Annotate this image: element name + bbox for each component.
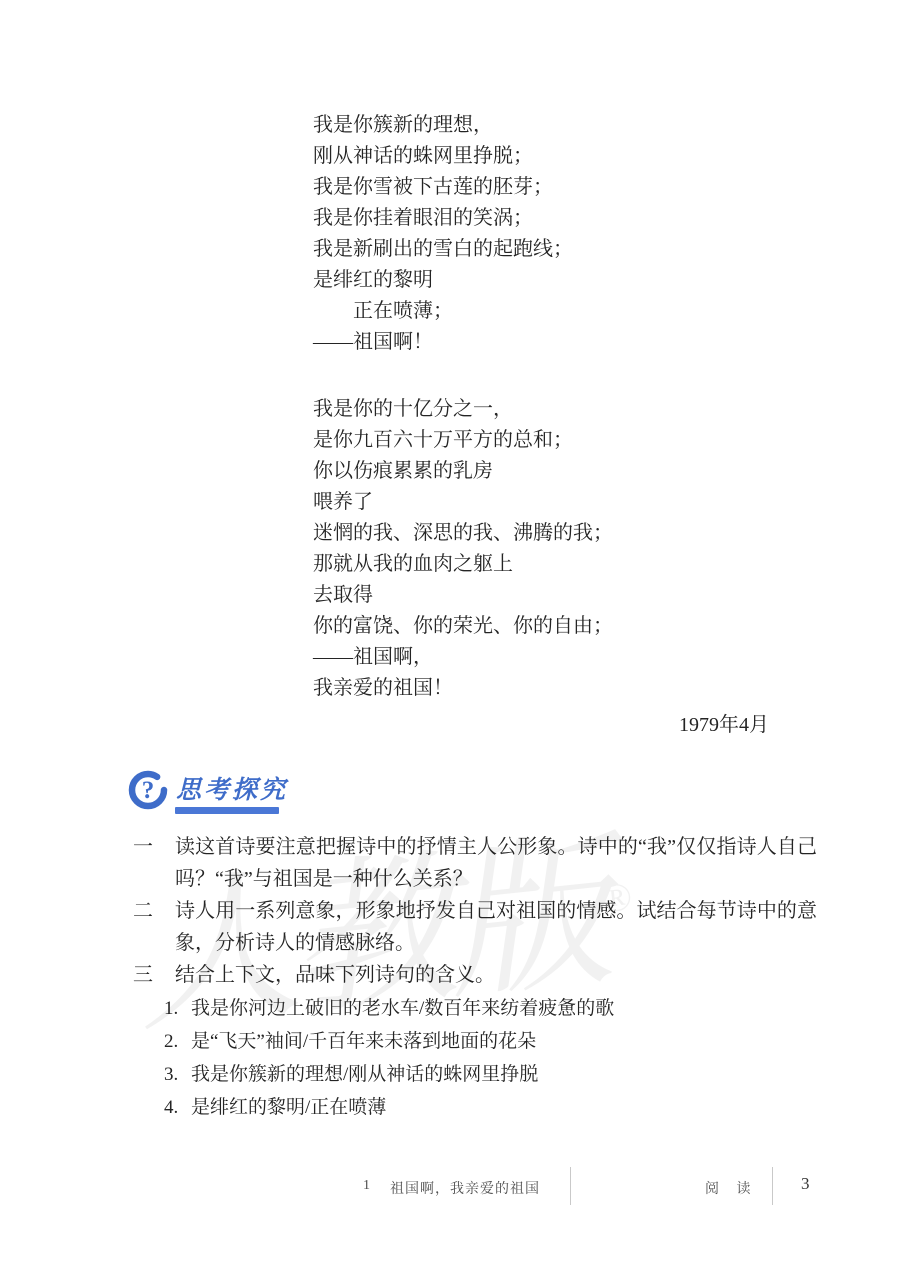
footer-page-number: 3 (801, 1174, 810, 1194)
poem-line: 我是你挂着眼泪的笑涡； (313, 203, 769, 234)
subquestion-number: 1. (164, 992, 191, 1025)
footer-lesson-title: 祖国啊，我亲爱的祖国 (390, 1178, 540, 1198)
poem: 我是你簇新的理想， 刚从神话的蛛网里挣脱； 我是你雪被下古莲的胚芽； 我是你挂着… (313, 110, 769, 740)
poem-line: 我是你簇新的理想， (313, 110, 769, 141)
poem-line: 是你九百六十万平方的总和； (313, 425, 769, 456)
poem-line: 我是你雪被下古莲的胚芽； (313, 172, 769, 203)
question-text: 结合上下文，品味下列诗句的含义。 (175, 959, 817, 991)
question-item-2: 二 诗人用一系列意象，形象地抒发自己对祖国的情感。试结合每节诗中的意象，分析诗人… (133, 895, 817, 959)
textbook-page: 我是你簇新的理想， 刚从神话的蛛网里挣脱； 我是你雪被下古莲的胚芽； 我是你挂着… (0, 0, 904, 1264)
subquestion-item: 3. 我是你簇新的理想/刚从神话的蛛网里挣脱 (133, 1058, 817, 1091)
subquestion-item: 2. 是“飞天”袖间/千百年来未落到地面的花朵 (133, 1025, 817, 1058)
question-marker: 三 (133, 959, 175, 991)
poem-line: 刚从神话的蛛网里挣脱； (313, 141, 769, 172)
subquestion-text: 是绯红的黎明/正在喷薄 (191, 1091, 817, 1124)
subquestion-number: 2. (164, 1025, 191, 1058)
question-text: 读这首诗要注意把握诗中的抒情主人公形象。诗中的“我”仅仅指诗人自己吗？“我”与祖… (175, 831, 817, 895)
footer-section-label: 阅 读 (705, 1178, 758, 1198)
question-marker: 二 (133, 895, 175, 959)
poem-line: 我是新刷出的雪白的起跑线； (313, 234, 769, 265)
subquestion-number: 4. (164, 1091, 191, 1124)
footer-divider (570, 1167, 571, 1205)
footer-divider (772, 1167, 773, 1205)
poem-date: 1979年4月 (313, 710, 769, 740)
poem-line: 去取得 (313, 580, 769, 611)
subquestion-text: 是“飞天”袖间/千百年来未落到地面的花朵 (191, 1025, 817, 1058)
footer-lesson-number: 1 (363, 1178, 370, 1194)
poem-line: 我是你的十亿分之一， (313, 394, 769, 425)
question-marker: 一 (133, 831, 175, 895)
subquestion-item: 4. 是绯红的黎明/正在喷薄 (133, 1091, 817, 1124)
poem-line: 你的富饶、你的荣光、你的自由； (313, 611, 769, 642)
poem-line: 那就从我的血肉之躯上 (313, 549, 769, 580)
poem-line: 喂养了 (313, 487, 769, 518)
poem-stanza-2: 我是你的十亿分之一， 是你九百六十万平方的总和； 你以伤痕累累的乳房 喂养了 迷… (313, 394, 769, 704)
poem-stanza-1: 我是你簇新的理想， 刚从神话的蛛网里挣脱； 我是你雪被下古莲的胚芽； 我是你挂着… (313, 110, 769, 358)
question-item-1: 一 读这首诗要注意把握诗中的抒情主人公形象。诗中的“我”仅仅指诗人自己吗？“我”… (133, 831, 817, 895)
section-title-underline (175, 807, 279, 814)
question-item-3: 三 结合上下文，品味下列诗句的含义。 (133, 959, 817, 991)
subquestion-number: 3. (164, 1058, 191, 1091)
poem-line: ——祖国啊！ (313, 327, 769, 358)
svg-text:?: ? (142, 777, 155, 804)
subquestion-text: 我是你簇新的理想/刚从神话的蛛网里挣脱 (191, 1058, 817, 1091)
poem-line: 正在喷薄； (313, 296, 769, 327)
questions-list: 一 读这首诗要注意把握诗中的抒情主人公形象。诗中的“我”仅仅指诗人自己吗？“我”… (133, 831, 817, 1124)
poem-line: ——祖国啊， (313, 642, 769, 673)
poem-line: 我亲爱的祖国！ (313, 673, 769, 704)
subquestion-list: 1. 我是你河边上破旧的老水车/数百年来纺着疲惫的歌 2. 是“飞天”袖间/千百… (133, 992, 817, 1124)
question-text: 诗人用一系列意象，形象地抒发自己对祖国的情感。试结合每节诗中的意象，分析诗人的情… (175, 895, 817, 959)
think-explore-header: ? 思考探究 (128, 768, 328, 824)
poem-line: 迷惘的我、深思的我、沸腾的我； (313, 518, 769, 549)
poem-line: 是绯红的黎明 (313, 265, 769, 296)
subquestion-item: 1. 我是你河边上破旧的老水车/数百年来纺着疲惫的歌 (133, 992, 817, 1025)
question-mark-circle-icon: ? (128, 770, 168, 810)
subquestion-text: 我是你河边上破旧的老水车/数百年来纺着疲惫的歌 (191, 992, 817, 1025)
section-title: 思考探究 (176, 770, 288, 806)
poem-line: 你以伤痕累累的乳房 (313, 456, 769, 487)
